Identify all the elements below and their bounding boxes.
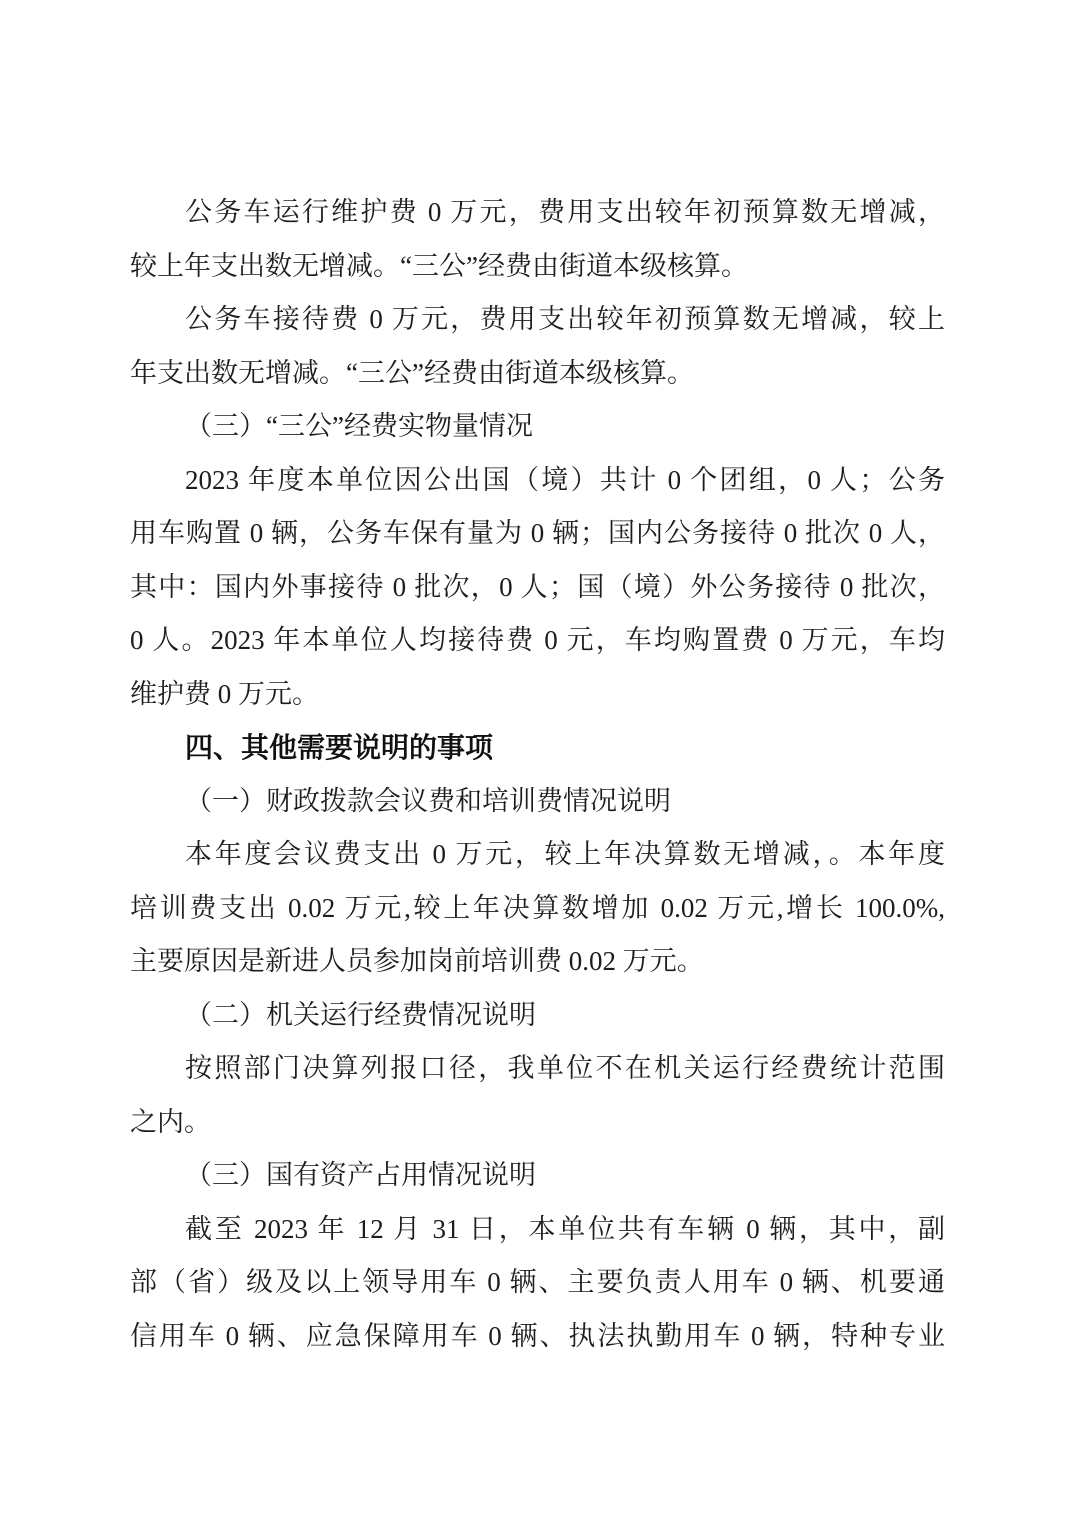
text-line: 部（省）级及以上领导用车 0 辆、主要负责人用车 0 辆、机要通 [130, 1256, 945, 1310]
text-line: 之内。 [130, 1096, 945, 1150]
text-line: （二）机关运行经费情况说明 [130, 989, 945, 1043]
text-line: 培训费支出 0.02 万元,较上年决算数增加 0.02 万元,增长 100.0%… [130, 882, 945, 936]
text-line: 0 人。2023 年本单位人均接待费 0 元，车均购置费 0 万元，车均 [130, 614, 945, 668]
text-line: 按照部门决算列报口径，我单位不在机关运行经费统计范围 [130, 1042, 945, 1096]
text-line: 年支出数无增减。“三公”经费由街道本级核算。 [130, 347, 945, 401]
text-line: 较上年支出数无增减。“三公”经费由街道本级核算。 [130, 240, 945, 294]
document-page: 公务车运行维护费 0 万元，费用支出较年初预算数无增减，较上年支出数无增减。“三… [0, 0, 1074, 1520]
text-line: （三）国有资产占用情况说明 [130, 1149, 945, 1203]
text-line: 公务车运行维护费 0 万元，费用支出较年初预算数无增减， [130, 186, 945, 240]
text-line: 其中：国内外事接待 0 批次，0 人；国（境）外公务接待 0 批次， [130, 561, 945, 615]
text-line: 维护费 0 万元。 [130, 668, 945, 722]
text-line: 信用车 0 辆、应急保障用车 0 辆、执法执勤用车 0 辆，特种专业 [130, 1310, 945, 1364]
text-line: 主要原因是新进人员参加岗前培训费 0.02 万元。 [130, 935, 945, 989]
text-line: 截至 2023 年 12 月 31 日，本单位共有车辆 0 辆，其中，副 [130, 1203, 945, 1257]
text-line: （一）财政拨款会议费和培训费情况说明 [130, 775, 945, 829]
section-heading: 四、其他需要说明的事项 [130, 721, 945, 775]
text-line: 公务车接待费 0 万元，费用支出较年初预算数无增减，较上 [130, 293, 945, 347]
text-block: 公务车运行维护费 0 万元，费用支出较年初预算数无增减，较上年支出数无增减。“三… [130, 186, 945, 1363]
text-line: 用车购置 0 辆，公务车保有量为 0 辆；国内公务接待 0 批次 0 人， [130, 507, 945, 561]
text-line: 2023 年度本单位因公出国（境）共计 0 个团组，0 人；公务 [130, 454, 945, 508]
text-line: （三）“三公”经费实物量情况 [130, 400, 945, 454]
text-line: 本年度会议费支出 0 万元，较上年决算数无增减，。本年度 [130, 828, 945, 882]
